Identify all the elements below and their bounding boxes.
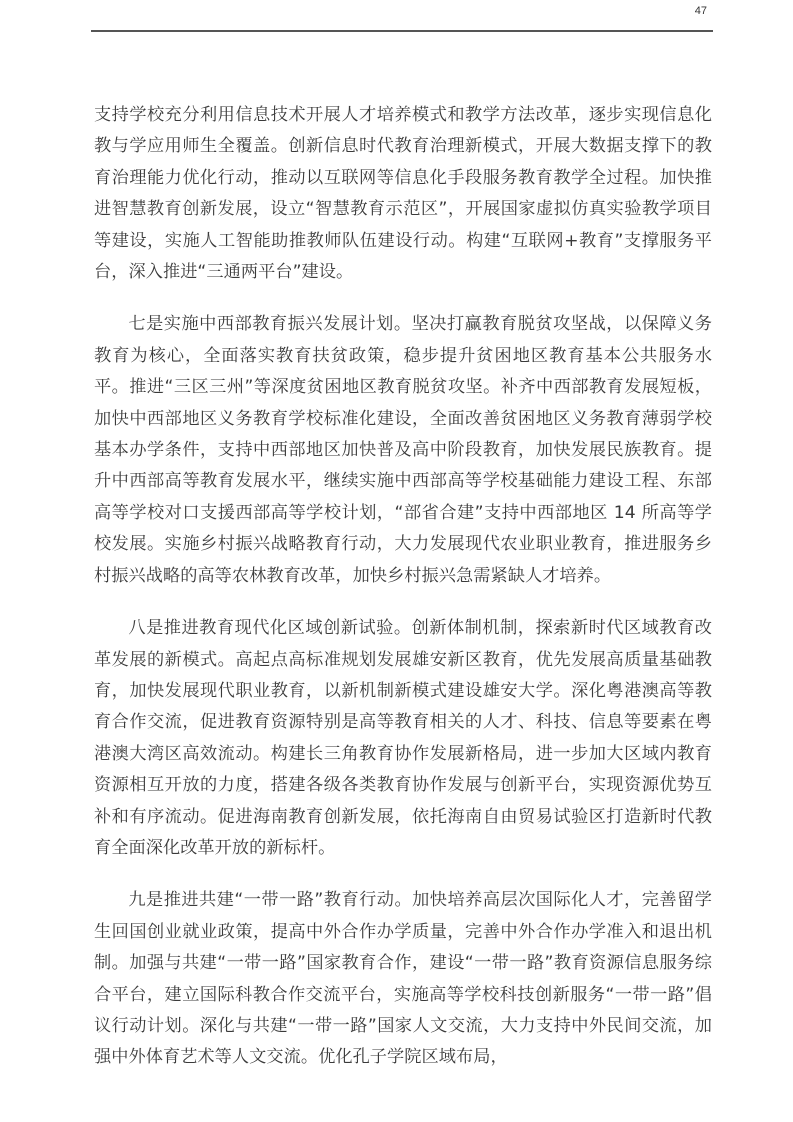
paragraph-seven-midwest-revitalization: 七是实施中西部教育振兴发展计划。坚决打赢教育脱贫攻坚战，以保障义务教育为核心，全… — [94, 309, 712, 592]
paragraph-eight-regional-innovation: 八是推进教育现代化区域创新试验。创新体制机制，探索新时代区域教育改革发展的新模式… — [94, 613, 712, 864]
document-body: 支持学校充分利用信息技术开展人才培养模式和教学方法改革，逐步实现信息化教与学应用… — [94, 100, 712, 1095]
paragraph-education-informatization: 支持学校充分利用信息技术开展人才培养模式和教学方法改革，逐步实现信息化教与学应用… — [94, 100, 712, 288]
paragraph-nine-belt-and-road: 九是推进共建“一带一路”教育行动。加快培养高层次国际化人才，完善留学生回国创业就… — [94, 885, 712, 1073]
page-number: 47 — [695, 5, 707, 17]
header-divider — [91, 30, 713, 32]
